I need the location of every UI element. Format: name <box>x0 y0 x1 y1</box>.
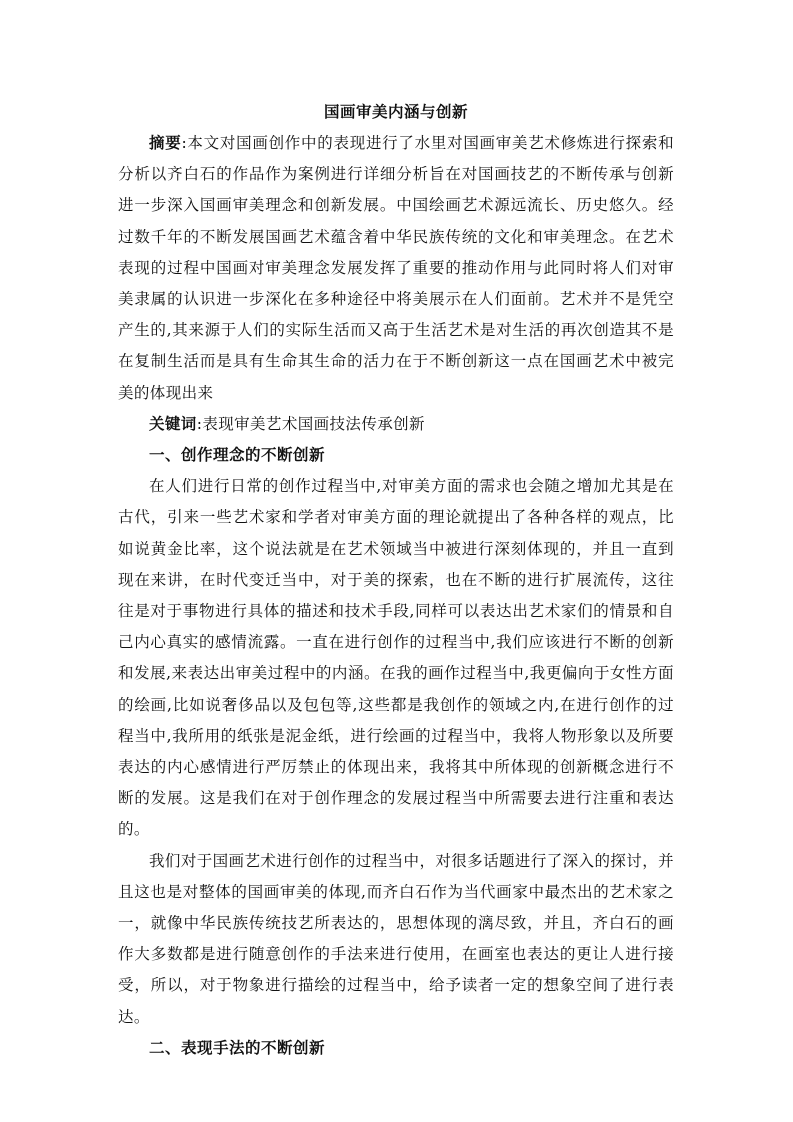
document-page: 国画审美内涵与创新 摘要:本文对国画创作中的表现进行了水里对国画审美艺术修炼进行… <box>118 97 674 1064</box>
section-heading-2: 二、表现手法的不断创新 <box>118 1033 674 1064</box>
keywords-text: 表现审美艺术国画技法传承创新 <box>202 415 425 433</box>
section-heading-1: 一、创作理念的不断创新 <box>118 440 674 471</box>
abstract-paragraph: 摘要:本文对国画创作中的表现进行了水里对国画审美艺术修炼进行探索和分析以齐白石的… <box>118 128 674 409</box>
section-1-paragraph-2: 我们对于国画艺术进行创作的过程当中，对很多话题进行了深入的探讨，并且这也是对整体… <box>118 846 674 1033</box>
abstract-label: 摘要 <box>149 134 181 152</box>
keywords-label: 关键词 <box>149 415 197 433</box>
document-title: 国画审美内涵与创新 <box>118 97 674 128</box>
keywords-paragraph: 关键词:表现审美艺术国画技法传承创新 <box>118 409 674 440</box>
abstract-text: 本文对国画创作中的表现进行了水里对国画审美艺术修炼进行探索和分析以齐白石的作品作… <box>118 134 674 402</box>
section-1-paragraph-1: 在人们进行日常的创作过程当中,对审美方面的需求也会随之增加尤其是在古代，引来一些… <box>118 471 674 845</box>
